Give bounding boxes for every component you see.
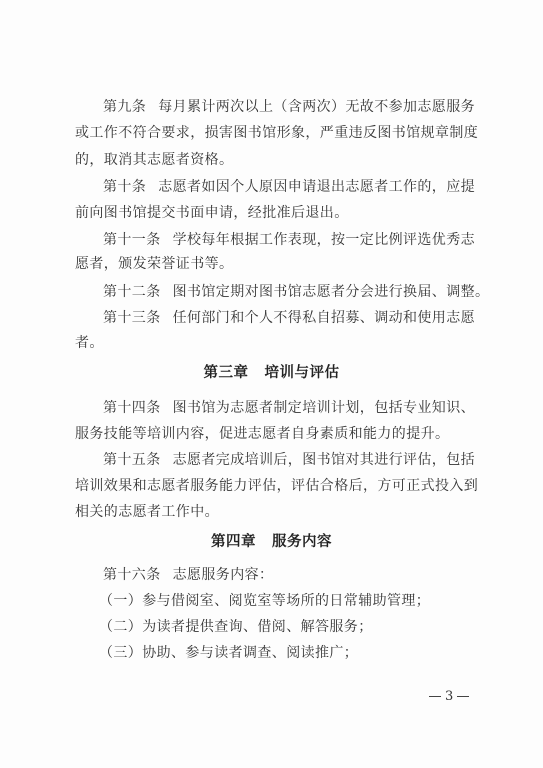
article-label: 第十一条 [103, 232, 161, 248]
service-item-3: （三）协助、参与读者调查、阅读推广； [99, 643, 471, 663]
article-11-line-1: 第十一条学校每年根据工作表现，按一定比例评选优秀志 [103, 230, 475, 250]
page-number: 3 [425, 687, 473, 707]
article-label: 第十条 [103, 179, 146, 195]
chapter-number: 第三章 [204, 365, 249, 381]
article-text: 志愿者完成培训后，图书馆对其进行评估，包括 [173, 452, 475, 468]
article-label: 第九条 [103, 99, 146, 115]
article-14-line-1: 第十四条图书馆为志愿者制定培训计划，包括专业知识、 [103, 398, 475, 418]
article-label: 第十三条 [103, 310, 161, 326]
chapter-4-heading: 第四章服务内容 [0, 532, 543, 552]
article-14-line-2: 服务技能等培训内容，促进志愿者自身素质和能力的提升。 [75, 424, 475, 444]
article-text: 学校每年根据工作表现，按一定比例评选优秀志 [173, 232, 475, 248]
article-text: 图书馆定期对图书馆志愿者分会进行换届、调整。 [173, 284, 490, 300]
article-10-line-2: 前向图书馆提交书面申请，经批准后退出。 [75, 203, 475, 223]
article-9-line-1: 第九条每月累计两次以上（含两次）无故不参加志愿服务 [103, 97, 475, 117]
chapter-number: 第四章 [211, 534, 256, 550]
article-label: 第十四条 [103, 400, 161, 416]
article-11-line-2: 愿者，颁发荣誉证书等。 [75, 254, 475, 274]
dash-right [457, 696, 469, 697]
article-12-line-1: 第十二条图书馆定期对图书馆志愿者分会进行换届、调整。 [103, 282, 475, 302]
service-item-2: （二）为读者提供查询、借阅、解答服务； [99, 617, 471, 637]
article-text: 志愿服务内容： [173, 567, 274, 583]
service-item-1: （一）参与借阅室、阅览室等场所的日常辅助管理； [99, 591, 471, 611]
article-9-line-3: 的，取消其志愿者资格。 [75, 150, 475, 170]
article-label: 第十五条 [103, 452, 161, 468]
article-13-line-2: 者。 [75, 333, 475, 353]
article-9-line-2: 或工作不符合要求，损害图书馆形象，严重违反图书馆规章制度 [75, 123, 475, 143]
article-15-line-1: 第十五条志愿者完成培训后，图书馆对其进行评估，包括 [103, 450, 475, 470]
chapter-title: 服务内容 [272, 534, 332, 550]
article-text: 每月累计两次以上（含两次）无故不参加志愿服务 [158, 99, 475, 115]
article-label: 第十二条 [103, 284, 161, 300]
article-13-line-1: 第十三条任何部门和个人不得私自招募、调动和使用志愿 [103, 308, 475, 328]
article-10-line-1: 第十条志愿者如因个人原因申请退出志愿者工作的，应提 [103, 177, 475, 197]
article-text: 志愿者如因个人原因申请退出志愿者工作的，应提 [158, 179, 475, 195]
chapter-title: 培训与评估 [265, 365, 340, 381]
article-label: 第十六条 [103, 567, 161, 583]
article-text: 图书馆为志愿者制定培训计划，包括专业知识、 [173, 400, 475, 416]
chapter-3-heading: 第三章培训与评估 [0, 363, 543, 383]
article-16-line-1: 第十六条志愿服务内容： [103, 565, 475, 585]
article-15-line-2: 培训效果和志愿者服务能力评估，评估合格后，方可正式投入到 [75, 476, 475, 496]
document-page: 第九条每月累计两次以上（含两次）无故不参加志愿服务 或工作不符合要求，损害图书馆… [0, 0, 543, 768]
dash-left [429, 696, 441, 697]
page-number-value: 3 [445, 689, 453, 704]
article-text: 任何部门和个人不得私自招募、调动和使用志愿 [173, 310, 475, 326]
article-15-line-3: 相关的志愿者工作中。 [75, 502, 475, 522]
